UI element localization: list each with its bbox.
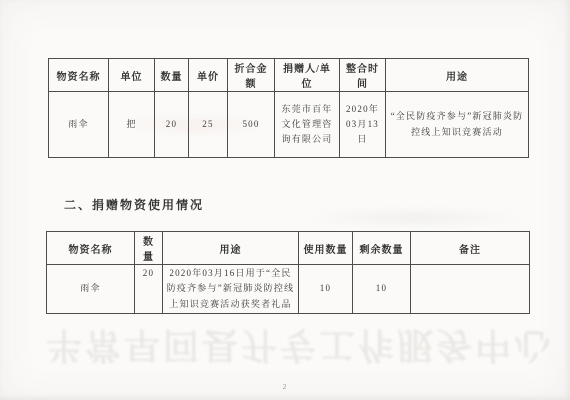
section-heading: 二、捐赠物资使用情况	[64, 196, 204, 213]
cell-unit: 把	[109, 92, 155, 158]
header-unit-price: 单价	[189, 59, 228, 92]
header-donor: 捐赠人/单位	[275, 59, 340, 92]
header-purpose: 用途	[386, 59, 529, 92]
usage-table: 物资名称 数量 用途 使用数量 剩余数量 备注 雨伞 20 2020年03月16…	[46, 231, 530, 314]
header-purpose: 用途	[163, 232, 299, 265]
cell-donor: 东莞市百年文化管理咨询有限公司	[275, 92, 340, 158]
header-material-name: 物资名称	[47, 232, 135, 265]
cell-quantity: 20	[135, 265, 163, 314]
usage-table-row: 雨伞 20 2020年03月16日用于“全民防疫齐参与”新冠肺炎防控线上知识竞赛…	[47, 265, 530, 314]
cell-remaining-quantity: 10	[353, 265, 411, 314]
cell-unit-price: 25	[189, 92, 228, 158]
bleedthrough-smudge	[300, 208, 530, 228]
usage-table-header-row: 物资名称 数量 用途 使用数量 剩余数量 备注	[47, 232, 530, 265]
header-material-name: 物资名称	[49, 59, 109, 92]
header-quantity: 数量	[135, 232, 163, 265]
header-used-quantity: 使用数量	[299, 232, 353, 265]
header-time: 整合时间	[340, 59, 386, 92]
cell-used-quantity: 10	[299, 265, 353, 314]
header-quantity: 数量	[155, 59, 189, 92]
donation-table: 物资名称 单位 数量 单价 折合金额 捐赠人/单位 整合时间 用途 雨伞 把 2…	[48, 58, 529, 158]
cell-remark	[411, 265, 530, 314]
donation-table-header-row: 物资名称 单位 数量 单价 折合金额 捐赠人/单位 整合时间 用途	[49, 59, 529, 92]
document-page: 物资名称 单位 数量 单价 折合金额 捐赠人/单位 整合时间 用途 雨伞 把 2…	[0, 0, 570, 400]
cell-material-name: 雨伞	[47, 265, 135, 314]
header-remark: 备注	[411, 232, 530, 265]
cell-purpose: “全民防疫齐参与”新冠肺炎防控线上知识竞赛活动	[386, 92, 529, 158]
cell-purpose: 2020年03月16日用于“全民防疫齐参与”新冠肺炎防控线上知识竞赛活动获奖者礼…	[163, 265, 299, 314]
bleedthrough-text: 半常早回县升专工作服务中心	[46, 322, 536, 373]
cell-amount: 500	[228, 92, 275, 158]
header-amount: 折合金额	[228, 59, 275, 92]
cell-quantity: 20	[155, 92, 189, 158]
header-remaining-quantity: 剩余数量	[353, 232, 411, 265]
page-number: 2	[0, 383, 570, 391]
cell-material-name: 雨伞	[49, 92, 109, 158]
cell-time: 2020年03月13日	[340, 92, 386, 158]
header-unit: 单位	[109, 59, 155, 92]
donation-table-row: 雨伞 把 20 25 500 东莞市百年文化管理咨询有限公司 2020年03月1…	[49, 92, 529, 158]
